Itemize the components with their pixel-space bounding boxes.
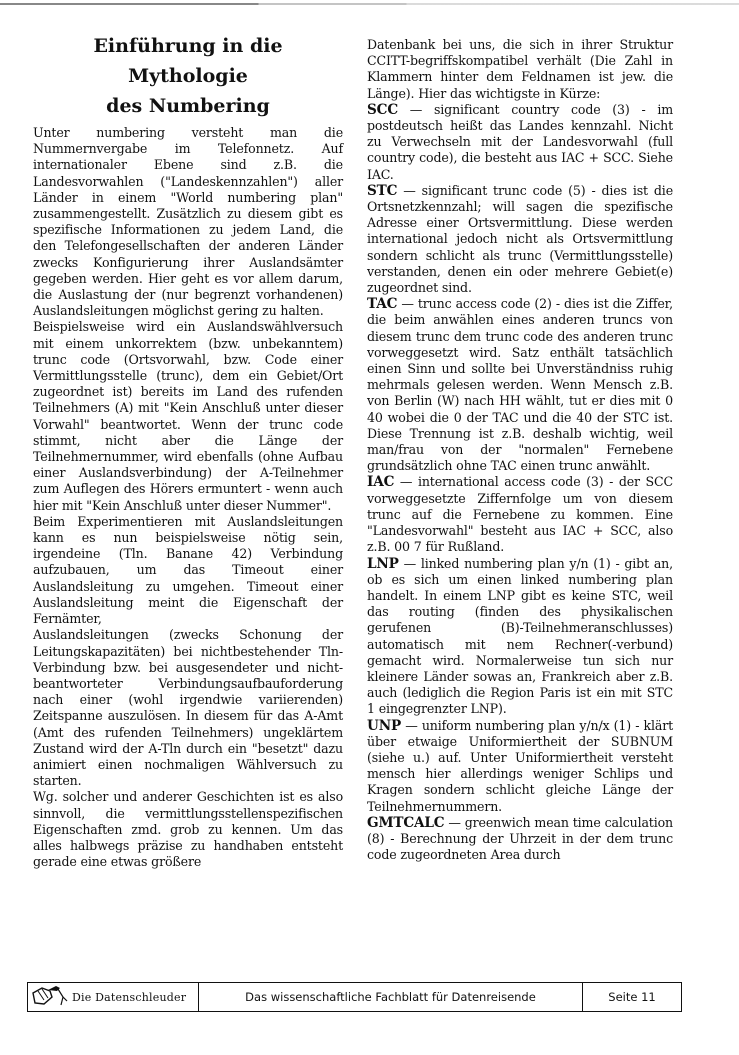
article-title-line-2: des Numbering xyxy=(33,91,343,121)
glossary-term: LNP xyxy=(367,556,399,572)
glossary-definition: — international access code (3) - der SC… xyxy=(367,474,673,554)
hand-with-disk-icon xyxy=(30,983,70,1012)
page-number: Seite 11 xyxy=(583,983,681,1011)
paragraph: Wg. solcher und anderer Geschichten ist … xyxy=(33,789,343,870)
glossary-definition: — significant country code (3) - im post… xyxy=(367,102,673,182)
glossary-entry-lnp: LNP — linked numbering plan y/n (1) - gi… xyxy=(367,556,673,718)
footer-logo: Die Datenschleuder xyxy=(28,983,199,1011)
glossary-entry-scc: SCC — significant country code (3) - im … xyxy=(367,102,673,183)
article-title-line-1: Einführung in die Mythologie xyxy=(33,31,343,91)
glossary-entry-gmtcalc: GMTCALC — greenwich mean time calculatio… xyxy=(367,815,673,864)
scan-edge-line xyxy=(0,3,739,5)
glossary-definition: — significant trunc code (5) - dies ist … xyxy=(367,183,673,295)
paragraph: Beispielsweise wird ein Auslandswählvers… xyxy=(33,319,343,513)
glossary-entry-stc: STC — significant trunc code (5) - dies … xyxy=(367,183,673,296)
glossary-entry-iac: IAC — international access code (3) - de… xyxy=(367,474,673,555)
left-column: Einführung in die Mythologie des Numberi… xyxy=(33,31,343,870)
footer-tagline: Das wissenschaftliche Fachblatt für Date… xyxy=(199,983,583,1011)
paragraph: Auslandsleitungen (zwecks Schonung der L… xyxy=(33,627,343,789)
right-column: Datenbank bei uns, die sich in ihrer Str… xyxy=(367,37,673,863)
article-title: Einführung in die Mythologie des Numberi… xyxy=(33,31,343,121)
glossary-entry-unp: UNP — uniform numbering plan y/n/x (1) -… xyxy=(367,718,673,815)
publication-name: Die Datenschleuder xyxy=(72,991,186,1004)
page-footer: Die Datenschleuder Das wissenschaftliche… xyxy=(27,982,682,1012)
glossary-entry-tac: TAC — trunc access code (2) - dies ist d… xyxy=(367,296,673,474)
glossary-term: IAC xyxy=(367,474,394,490)
paragraph: Beim Experimentieren mit Auslandsleitung… xyxy=(33,514,343,627)
glossary-term: STC xyxy=(367,183,397,199)
paragraph: Unter numbering versteht man die Nummern… xyxy=(33,125,343,319)
glossary-term: GMTCALC xyxy=(367,815,444,831)
glossary-definition: — trunc access code (2) - dies ist die Z… xyxy=(367,296,673,473)
glossary-intro: Datenbank bei uns, die sich in ihrer Str… xyxy=(367,37,673,102)
glossary-definition: — uniform numbering plan y/n/x (1) - klä… xyxy=(367,718,673,814)
glossary-term: SCC xyxy=(367,102,398,118)
glossary-definition: — linked numbering plan y/n (1) - gibt a… xyxy=(367,556,673,717)
glossary-term: TAC xyxy=(367,296,397,312)
glossary-term: UNP xyxy=(367,718,401,734)
